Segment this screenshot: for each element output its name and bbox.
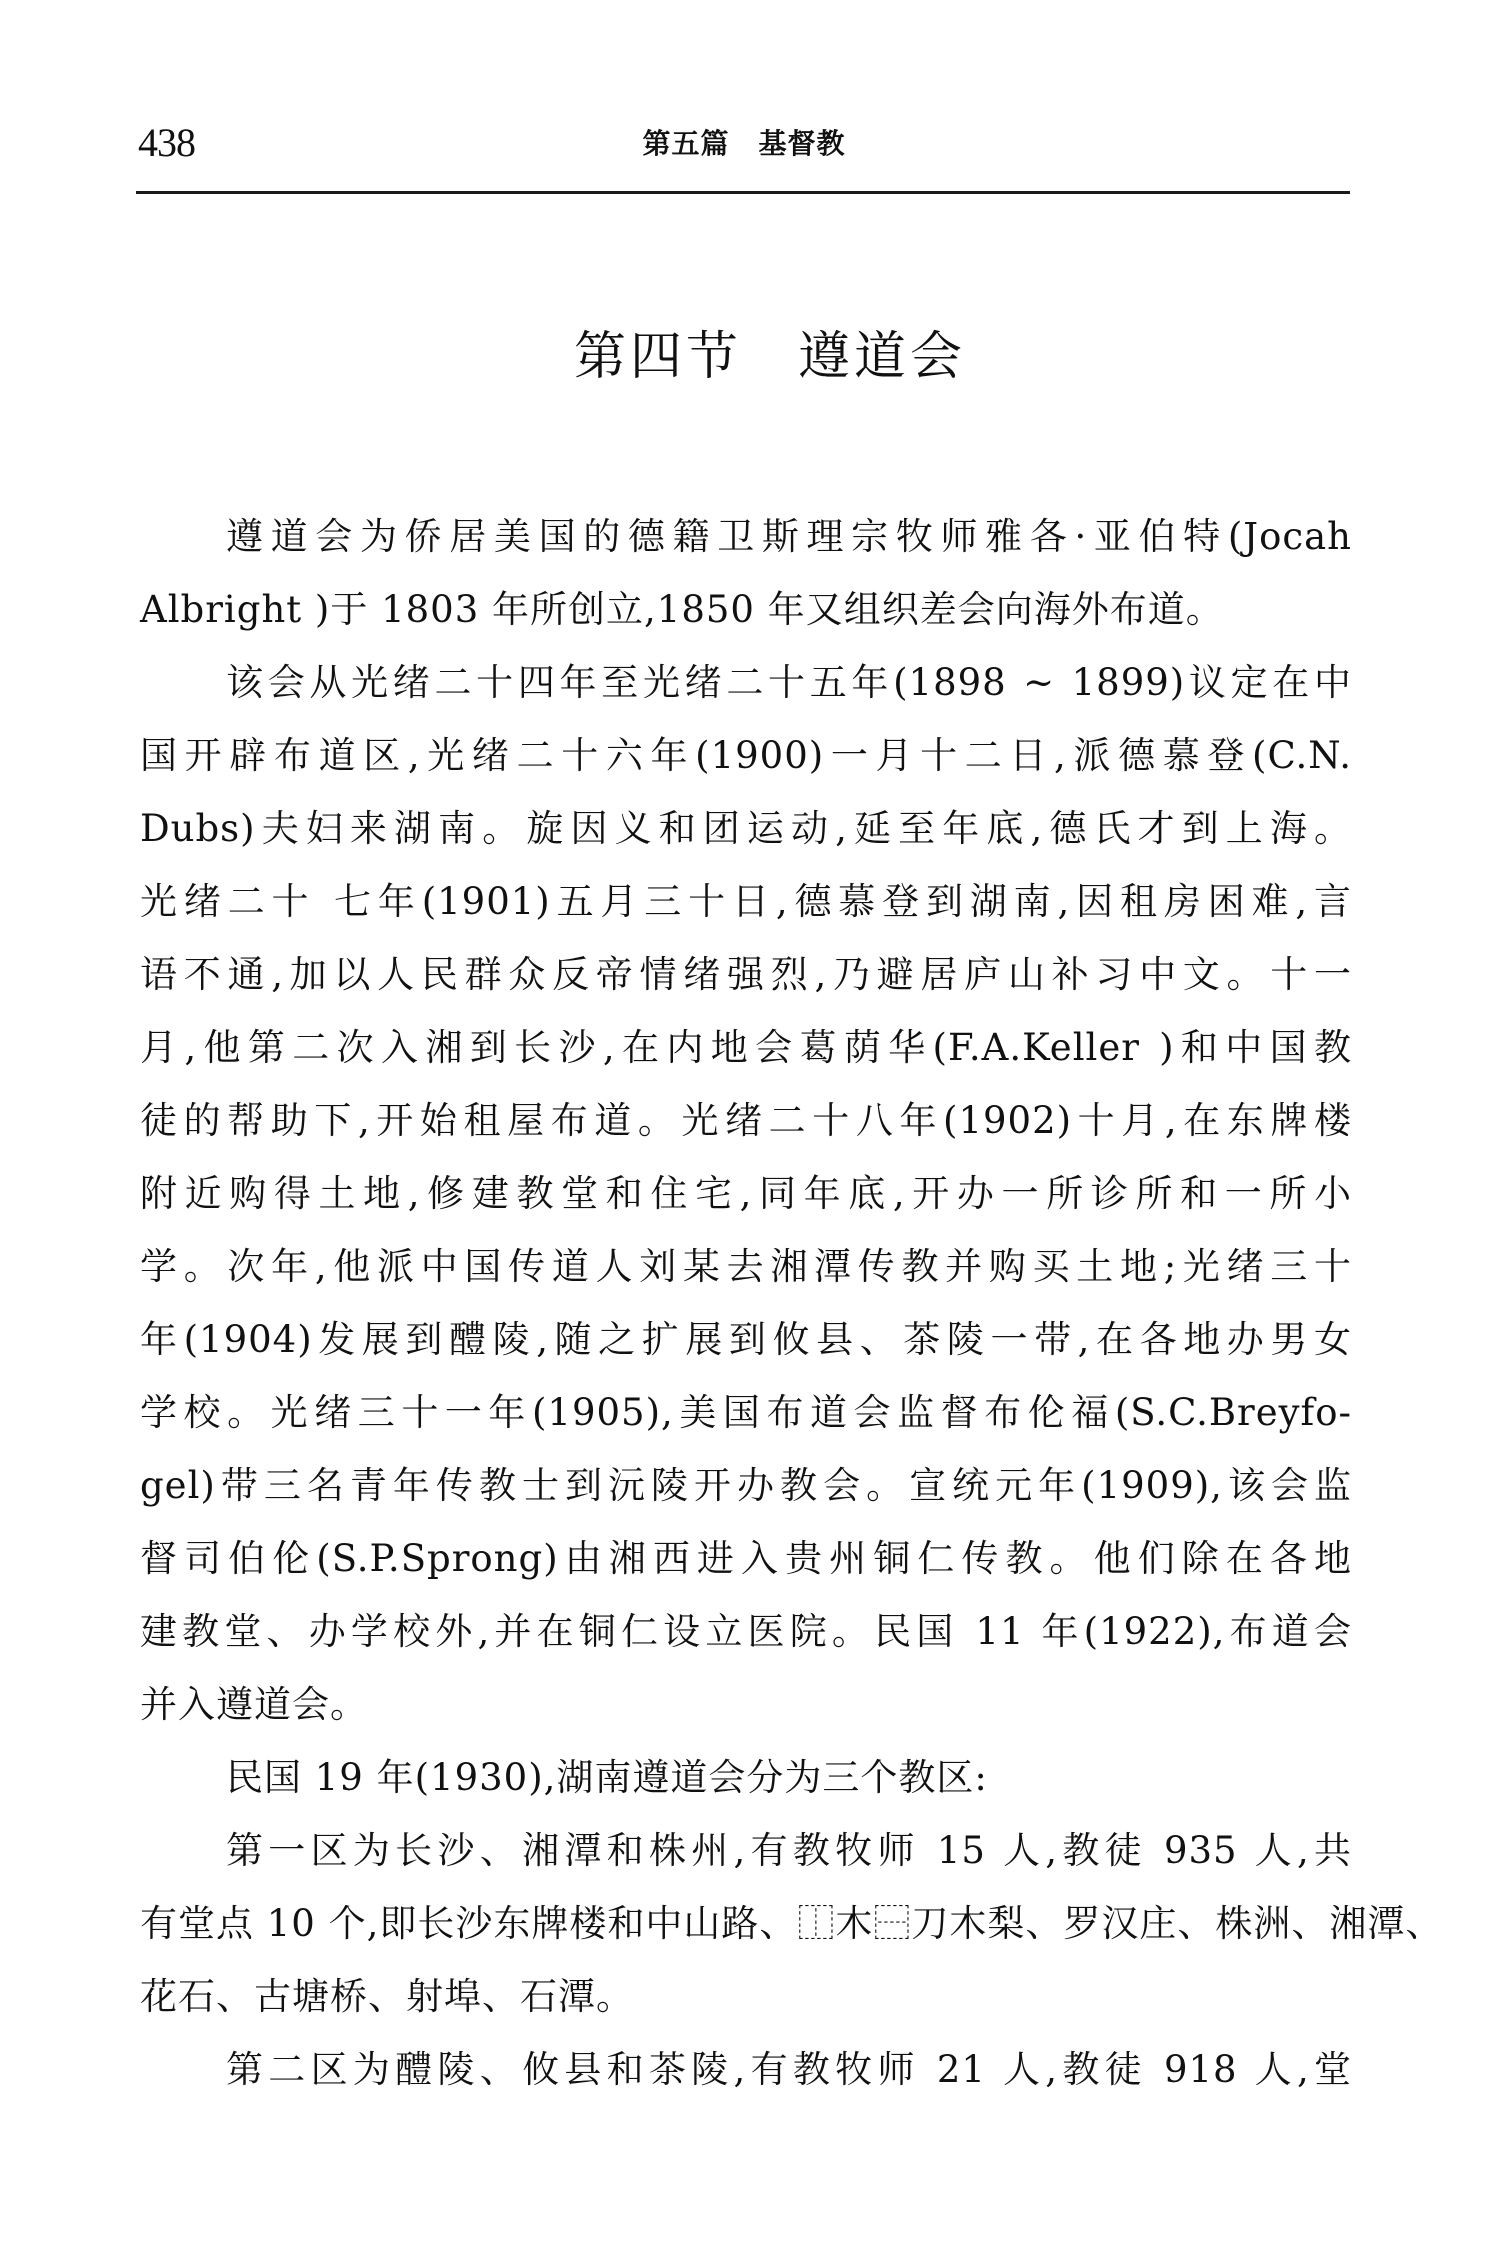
body-line: 遵道会为侨居美国的德籍卫斯理宗牧师雅各·亚伯特(Jocah: [140, 500, 1352, 573]
body-line: 语不通,加以人民群众反帝情绪强烈,乃避居庐山补习中文。十一: [140, 938, 1352, 1011]
body-line: 该会从光绪二十四年至光绪二十五年(1898 ~ 1899)议定在中: [140, 646, 1352, 719]
body-line: Albright )于 1803 年所创立,1850 年又组织差会向海外布道。: [140, 573, 1352, 646]
body-line: 有堂点 10 个,即长沙东牌楼和中山路、⿰木⿱刀木梨、罗汉庄、株洲、湘潭、: [140, 1887, 1352, 1960]
body-line: 并入遵道会。: [140, 1668, 1352, 1741]
body-line: 督司伯伦(S.P.Sprong)由湘西进入贵州铜仁传教。他们除在各地: [140, 1522, 1352, 1595]
body-line: 月,他第二次入湘到长沙,在内地会葛荫华(F.A.Keller )和中国教: [140, 1011, 1352, 1084]
running-title: 第五篇 基督教: [138, 122, 1350, 166]
body-line: 学校。光绪三十一年(1905),美国布道会监督布伦福(S.C.Breyfo-: [140, 1376, 1352, 1449]
body-line: 附近购得土地,修建教堂和住宅,同年底,开办一所诊所和一所小: [140, 1157, 1352, 1230]
body-text: 遵道会为侨居美国的德籍卫斯理宗牧师雅各·亚伯特(JocahAlbright )于…: [140, 500, 1352, 2106]
running-head: 438 第五篇 基督教: [138, 118, 1350, 178]
body-line: Dubs)夫妇来湖南。旋因义和团运动,延至年底,德氏才到上海。: [140, 792, 1352, 865]
section-number: 第四节: [574, 327, 742, 387]
header-rule: [136, 191, 1350, 194]
body-line: 光绪二十 七年(1901)五月三十日,德慕登到湖南,因租房困难,言: [140, 865, 1352, 938]
body-line: gel)带三名青年传教士到沅陵开办教会。宣统元年(1909),该会监: [140, 1449, 1352, 1522]
section-title: 第四节遵道会: [0, 322, 1500, 392]
body-line: 徒的帮助下,开始租屋布道。光绪二十八年(1902)十月,在东牌楼: [140, 1084, 1352, 1157]
body-line: 第一区为长沙、湘潭和株州,有教牧师 15 人,教徒 935 人,共: [140, 1814, 1352, 1887]
body-line: 花石、古塘桥、射埠、石潭。: [140, 1960, 1352, 2033]
body-line: 建教堂、办学校外,并在铜仁设立医院。民国 11 年(1922),布道会: [140, 1595, 1352, 1668]
body-line: 年(1904)发展到醴陵,随之扩展到攸县、茶陵一带,在各地办男女: [140, 1303, 1352, 1376]
body-line: 第二区为醴陵、攸县和茶陵,有教牧师 21 人,教徒 918 人,堂: [140, 2033, 1352, 2106]
section-name: 遵道会: [798, 327, 966, 387]
body-line: 国开辟布道区,光绪二十六年(1900)一月十二日,派德慕登(C.N.: [140, 719, 1352, 792]
body-line: 学。次年,他派中国传道人刘某去湘潭传教并购买土地;光绪三十: [140, 1230, 1352, 1303]
body-line: 民国 19 年(1930),湖南遵道会分为三个教区:: [140, 1741, 1352, 1814]
